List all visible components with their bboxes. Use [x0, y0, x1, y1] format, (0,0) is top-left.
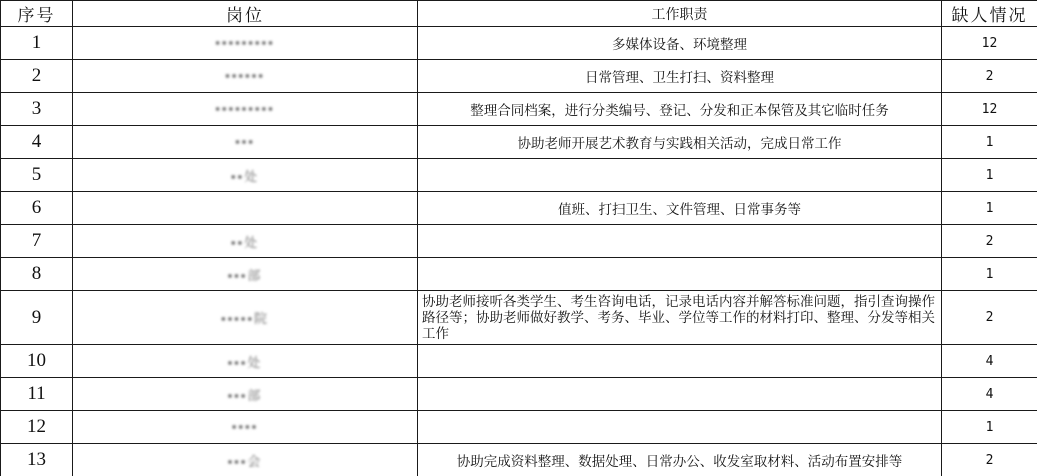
row-position: ▪▪▪▪▪▪▪▪▪ [73, 93, 418, 126]
row-index: 12 [1, 411, 73, 444]
table-row: 10 ▪▪▪处 4 [1, 345, 1037, 378]
vacancy-table: 序号 岗位 工作职责 缺人情况 1 ▪▪▪▪▪▪▪▪▪ 多媒体设备、环境整理 1… [0, 0, 1037, 476]
redacted-position: ▪▪▪▪▪▪▪▪▪ [215, 35, 274, 51]
row-duties: 值班、打扫卫生、文件管理、日常事务等 [418, 192, 942, 225]
row-position: ▪▪处 [73, 159, 418, 192]
row-duties [418, 258, 942, 291]
row-position: ▪▪▪▪ [73, 411, 418, 444]
row-index: 13 [1, 444, 73, 476]
row-vacancies: 1 [942, 411, 1037, 444]
header-index: 序号 [1, 1, 73, 27]
row-position: ▪▪▪▪▪院 [73, 291, 418, 345]
redacted-position: ▪▪▪▪▪▪ [225, 68, 265, 84]
row-index: 4 [1, 126, 73, 159]
header-position: 岗位 [73, 1, 418, 27]
table-row: 2 ▪▪▪▪▪▪ 日常管理、卫生打扫、资料整理 2 [1, 60, 1037, 93]
table-row: 4 ▪▪▪ 协助老师开展艺术教育与实践相关活动，完成日常工作 1 [1, 126, 1037, 159]
row-index: 8 [1, 258, 73, 291]
header-row: 序号 岗位 工作职责 缺人情况 [1, 1, 1037, 27]
row-vacancies: 1 [942, 126, 1037, 159]
row-position: ▪▪处 [73, 225, 418, 258]
row-duties [418, 378, 942, 411]
table-row: 11 ▪▪▪部 4 [1, 378, 1037, 411]
row-duties: 协助老师接听各类学生、考生咨询电话，记录电话内容并解答标准问题，指引查询操作路径… [418, 291, 942, 345]
row-duties: 多媒体设备、环境整理 [418, 27, 942, 60]
header-vacancies: 缺人情况 [942, 1, 1037, 27]
row-position: ▪▪▪会 [73, 444, 418, 476]
redacted-position: ▪▪▪▪▪院 [221, 308, 269, 327]
row-vacancies: 2 [942, 444, 1037, 476]
row-vacancies: 2 [942, 291, 1037, 345]
row-duties [418, 411, 942, 444]
redacted-position: ▪▪▪▪ [232, 419, 258, 435]
row-index: 9 [1, 291, 73, 345]
row-index: 10 [1, 345, 73, 378]
row-position: ▪▪▪部 [73, 378, 418, 411]
row-index: 5 [1, 159, 73, 192]
row-index: 11 [1, 378, 73, 411]
table-row: 5 ▪▪处 1 [1, 159, 1037, 192]
redacted-position: ▪▪处 [231, 232, 259, 251]
table-row: 3 ▪▪▪▪▪▪▪▪▪ 整理合同档案，进行分类编号、登记、分发和正本保管及其它临… [1, 93, 1037, 126]
redacted-position: ▪▪▪部 [228, 265, 263, 284]
row-index: 2 [1, 60, 73, 93]
row-vacancies: 4 [942, 378, 1037, 411]
row-position [73, 192, 418, 225]
row-index: 3 [1, 93, 73, 126]
redacted-position: ▪▪▪会 [228, 451, 263, 470]
redacted-position: ▪▪▪▪▪▪▪▪▪ [215, 101, 274, 117]
row-position: ▪▪▪部 [73, 258, 418, 291]
row-duties [418, 345, 942, 378]
row-position: ▪▪▪▪▪▪▪▪▪ [73, 27, 418, 60]
table-row: 13 ▪▪▪会 协助完成资料整理、数据处理、日常办公、收发室取材料、活动布置安排… [1, 444, 1037, 476]
row-vacancies: 2 [942, 225, 1037, 258]
table-row: 8 ▪▪▪部 1 [1, 258, 1037, 291]
row-index: 7 [1, 225, 73, 258]
row-vacancies: 12 [942, 93, 1037, 126]
row-duties: 协助完成资料整理、数据处理、日常办公、收发室取材料、活动布置安排等 [418, 444, 942, 476]
row-index: 1 [1, 27, 73, 60]
row-vacancies: 4 [942, 345, 1037, 378]
table-row: 7 ▪▪处 2 [1, 225, 1037, 258]
table-row: 6 值班、打扫卫生、文件管理、日常事务等 1 [1, 192, 1037, 225]
row-position: ▪▪▪ [73, 126, 418, 159]
table-row: 12 ▪▪▪▪ 1 [1, 411, 1037, 444]
row-vacancies: 2 [942, 60, 1037, 93]
row-position: ▪▪▪处 [73, 345, 418, 378]
row-index: 6 [1, 192, 73, 225]
redacted-position: ▪▪▪处 [228, 352, 263, 371]
row-duties [418, 225, 942, 258]
table-row: 1 ▪▪▪▪▪▪▪▪▪ 多媒体设备、环境整理 12 [1, 27, 1037, 60]
row-position: ▪▪▪▪▪▪ [73, 60, 418, 93]
redacted-position: ▪▪处 [231, 166, 259, 185]
row-vacancies: 1 [942, 258, 1037, 291]
redacted-position: ▪▪▪ [235, 134, 255, 150]
row-vacancies: 1 [942, 159, 1037, 192]
redacted-position: ▪▪▪部 [228, 385, 263, 404]
row-vacancies: 12 [942, 27, 1037, 60]
table-row: 9 ▪▪▪▪▪院 协助老师接听各类学生、考生咨询电话，记录电话内容并解答标准问题… [1, 291, 1037, 345]
header-duties: 工作职责 [418, 1, 942, 27]
row-duties: 协助老师开展艺术教育与实践相关活动，完成日常工作 [418, 126, 942, 159]
row-duties [418, 159, 942, 192]
row-vacancies: 1 [942, 192, 1037, 225]
row-duties: 日常管理、卫生打扫、资料整理 [418, 60, 942, 93]
row-duties: 整理合同档案，进行分类编号、登记、分发和正本保管及其它临时任务 [418, 93, 942, 126]
